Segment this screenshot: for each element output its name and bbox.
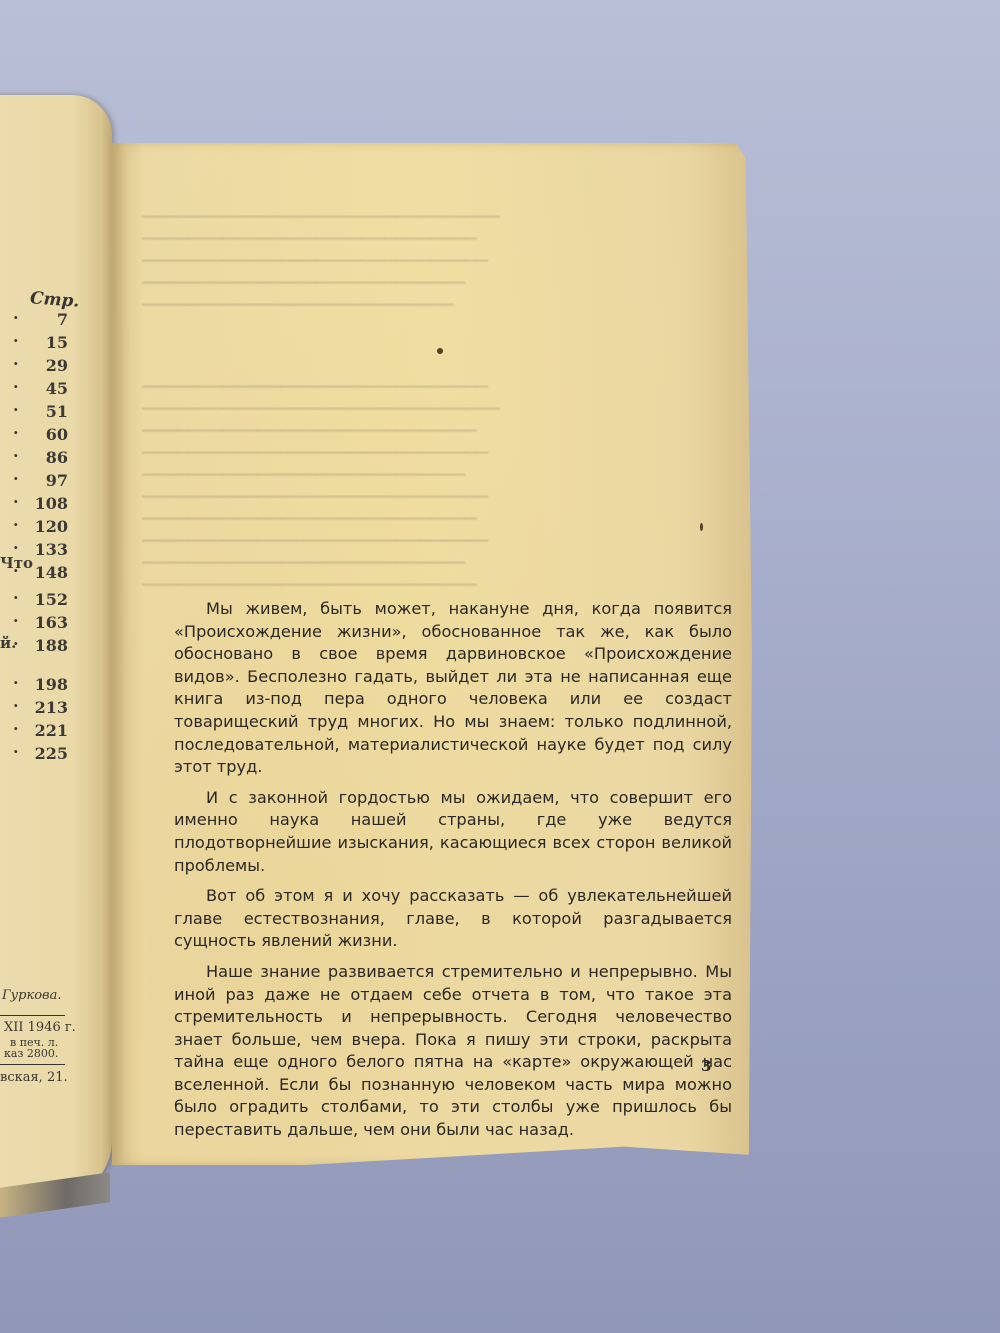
- toc-row: ·86: [0, 448, 90, 468]
- leader-dot: ·: [13, 377, 19, 396]
- toc-page-number: 60: [46, 425, 68, 444]
- ink-spot: [437, 348, 443, 354]
- paragraph: Наше знание развивается стремительно и н…: [174, 961, 732, 1142]
- toc-row: ·51: [0, 402, 90, 422]
- toc-row: ·198: [0, 675, 90, 695]
- page-number: 3: [701, 1057, 711, 1075]
- leader-dot: ·: [13, 742, 19, 761]
- toc-page-number: 15: [46, 333, 68, 352]
- bleed-through-text: ▁▁▁▁▁▁▁▁▁▁▁▁▁▁▁▁▁▁▁▁▁▁▁▁▁▁▁▁▁▁▁▁▁▁▁▁▁▁▁▁…: [142, 368, 712, 588]
- leader-dot: ·: [13, 611, 19, 630]
- leader-dot: ·: [13, 423, 19, 442]
- toc-page-number: 29: [46, 356, 68, 375]
- leader-dot: ·: [13, 354, 19, 373]
- toc-page-number: 198: [35, 675, 68, 694]
- toc-page-number: 51: [46, 402, 68, 421]
- toc-page-number: 133: [35, 540, 68, 559]
- imprint-divider: [0, 1015, 65, 1016]
- paragraph: И с законной гордостью мы ожидаем, что с…: [174, 787, 732, 877]
- toc-page-number: 148: [35, 563, 68, 582]
- imprint-divider: [0, 1064, 65, 1065]
- toc-row: ·163: [0, 613, 90, 633]
- toc-row: ·45: [0, 379, 90, 399]
- toc-header: Стр.: [29, 288, 80, 311]
- toc-page-number: 225: [35, 744, 68, 763]
- toc-page-number: 97: [46, 471, 68, 490]
- toc-row: ·221: [0, 721, 90, 741]
- imprint-signed: XII 1946 г.: [4, 1020, 76, 1035]
- leader-dot: ·: [13, 492, 19, 511]
- toc-page-number: 86: [46, 448, 68, 467]
- leader-dot: ·: [13, 469, 19, 488]
- toc-fragment: й.: [0, 634, 16, 652]
- toc-page-number: 221: [35, 721, 68, 740]
- leader-dot: ·: [13, 696, 19, 715]
- toc-page-number: 120: [35, 517, 68, 536]
- toc-fragment: Что: [0, 554, 33, 572]
- bleed-through-text: ▁▁▁▁▁▁▁▁▁▁▁▁▁▁▁▁▁▁▁▁▁▁▁▁▁▁▁▁▁▁▁▁▁▁▁▁▁▁▁▁…: [142, 198, 712, 308]
- leader-dot: ·: [13, 308, 19, 327]
- imprint-editor: Гуркова.: [2, 988, 62, 1003]
- toc-row: ·152: [0, 590, 90, 610]
- leader-dot: ·: [13, 673, 19, 692]
- toc-page-number: 7: [57, 310, 68, 329]
- toc-page-number: 213: [35, 698, 68, 717]
- toc-row: ·60: [0, 425, 90, 445]
- toc-row: ·15: [0, 333, 90, 353]
- toc-row: ·108: [0, 494, 90, 514]
- paragraph: Вот об этом я и хочу рассказать — об увл…: [174, 885, 732, 953]
- ink-spot: [700, 523, 703, 531]
- toc-page-number: 163: [35, 613, 68, 632]
- toc-row: ·97: [0, 471, 90, 491]
- leader-dot: ·: [13, 719, 19, 738]
- right-page: ▁▁▁▁▁▁▁▁▁▁▁▁▁▁▁▁▁▁▁▁▁▁▁▁▁▁▁▁▁▁▁▁▁▁▁▁▁▁▁▁…: [112, 143, 752, 1165]
- toc-page-number: 152: [35, 590, 68, 609]
- toc-row: ·225: [0, 744, 90, 764]
- leader-dot: ·: [13, 588, 19, 607]
- imprint-order: каз 2800.: [4, 1047, 58, 1060]
- body-text: Мы живем, быть может, накануне дня, когд…: [174, 598, 732, 1150]
- paragraph: Мы живем, быть может, накануне дня, когд…: [174, 598, 732, 779]
- leader-dot: ·: [13, 446, 19, 465]
- leader-dot: ·: [13, 515, 19, 534]
- toc-page-number: 188: [35, 636, 68, 655]
- toc-row: ·213: [0, 698, 90, 718]
- leader-dot: ·: [13, 400, 19, 419]
- toc-row: ·7: [0, 310, 90, 330]
- leader-dot: ·: [13, 331, 19, 350]
- toc-page-number: 45: [46, 379, 68, 398]
- imprint-address: вская, 21.: [0, 1070, 68, 1085]
- toc-row: ·120: [0, 517, 90, 537]
- toc-page-number: 108: [35, 494, 68, 513]
- toc-row: ·29: [0, 356, 90, 376]
